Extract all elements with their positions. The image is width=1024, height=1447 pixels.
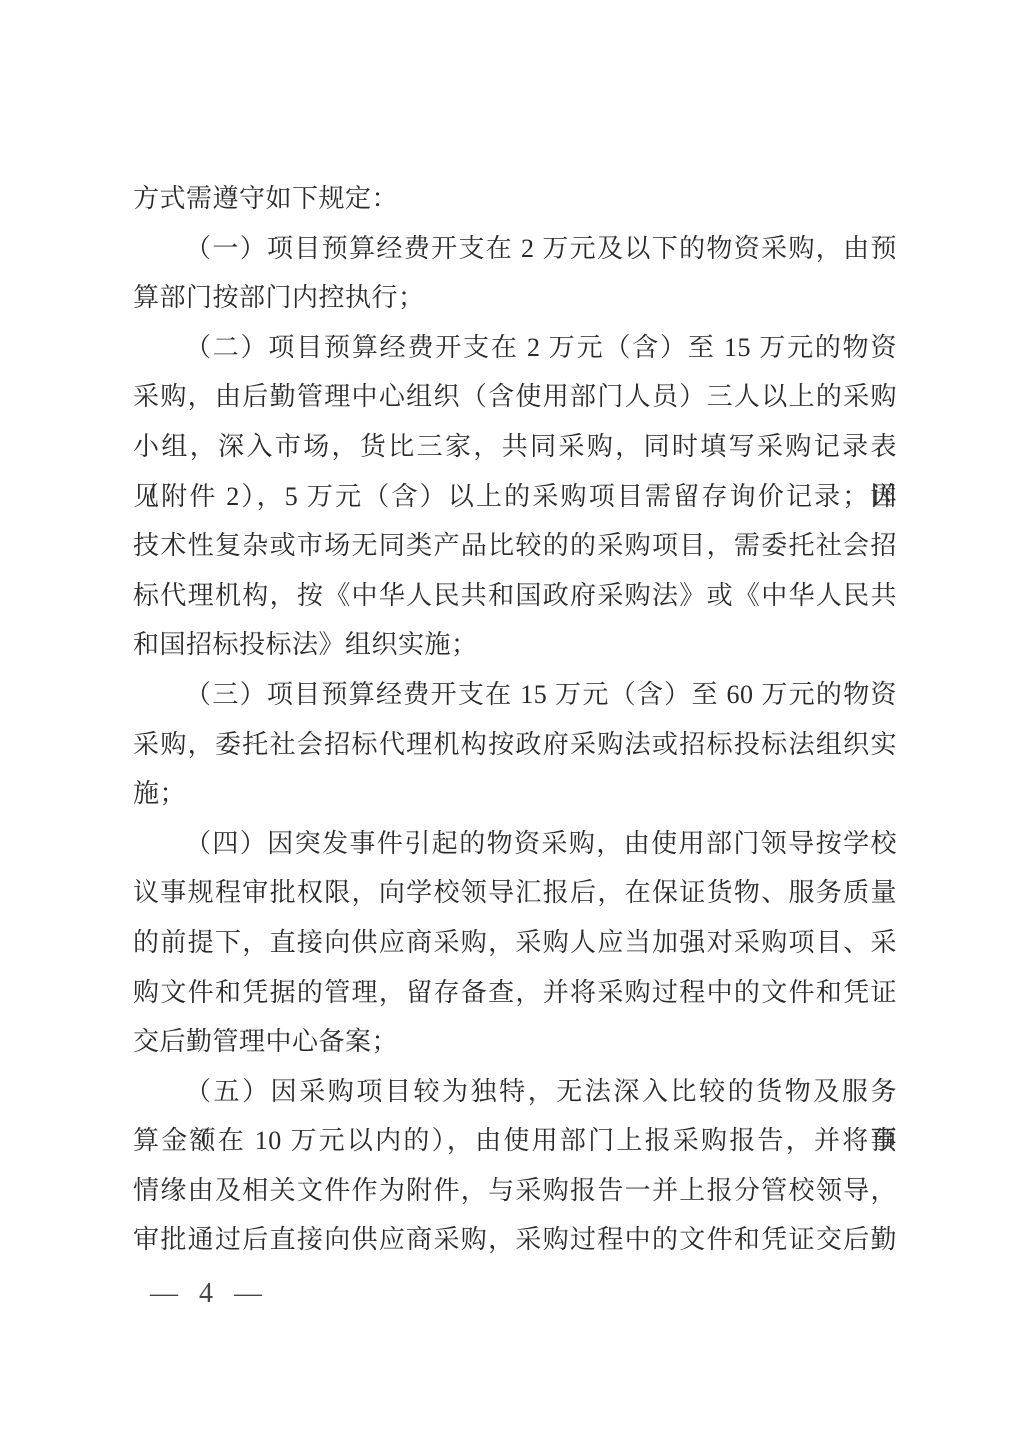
text-line: 的前提下，直接向供应商采购，采购人应当加强对采购项目、采 — [133, 918, 897, 968]
text-line: 采购，委托社会招标代理机构按政府采购法或招标投标法组织实 — [133, 720, 897, 770]
text-line: 方式需遵守如下规定： — [133, 174, 897, 224]
text-line: 购文件和凭据的管理，留存备查，并将采购过程中的文件和凭证 — [133, 968, 897, 1018]
text-line: 算部门按部门内控执行； — [133, 273, 897, 323]
page-number-footer: — 4 — — [150, 1278, 264, 1310]
text-line: （三）项目预算经费开支在 15 万元（含）至 60 万元的物资 — [133, 670, 897, 720]
document-page: 方式需遵守如下规定： （一）项目预算经费开支在 2 万元及以下的物资采购，由预 … — [0, 0, 1024, 1447]
text-content: 方式需遵守如下规定： （一）项目预算经费开支在 2 万元及以下的物资采购，由预 … — [133, 174, 897, 1265]
text-line: 和国招标投标法》组织实施； — [133, 620, 897, 670]
text-line: （二）项目预算经费开支在 2 万元（含）至 15 万元的物资 — [133, 323, 897, 373]
text-line: 情缘由及相关文件作为附件，与采购报告一并上报分管校领导， — [133, 1166, 897, 1216]
text-line: 交后勤管理中心备案； — [133, 1017, 897, 1067]
text-line: （一）项目预算经费开支在 2 万元及以下的物资采购，由预 — [133, 224, 897, 274]
text-line: 见附件 2），5 万元（含）以上的采购项目需留存询价记录；因 — [133, 472, 897, 522]
text-line: 施； — [133, 769, 897, 819]
text-line: （五）因采购项目较为独特，无法深入比较的货物及服务（预 — [133, 1067, 897, 1117]
text-line: 技术性复杂或市场无同类产品比较的的采购项目，需委托社会招 — [133, 521, 897, 571]
text-line: 算金额在 10 万元以内的），由使用部门上报采购报告，并将事 — [133, 1116, 897, 1166]
text-line: （四）因突发事件引起的物资采购，由使用部门领导按学校 — [133, 819, 897, 869]
text-line: 议事规程审批权限，向学校领导汇报后，在保证货物、服务质量 — [133, 868, 897, 918]
text-line: 审批通过后直接向供应商采购，采购过程中的文件和凭证交后勤 — [133, 1215, 897, 1265]
text-line: 小组，深入市场，货比三家，共同采购，同时填写采购记录表（详 — [133, 422, 897, 472]
text-line: 标代理机构，按《中华人民共和国政府采购法》或《中华人民共 — [133, 571, 897, 621]
text-line: 采购，由后勤管理中心组织（含使用部门人员）三人以上的采购 — [133, 372, 897, 422]
